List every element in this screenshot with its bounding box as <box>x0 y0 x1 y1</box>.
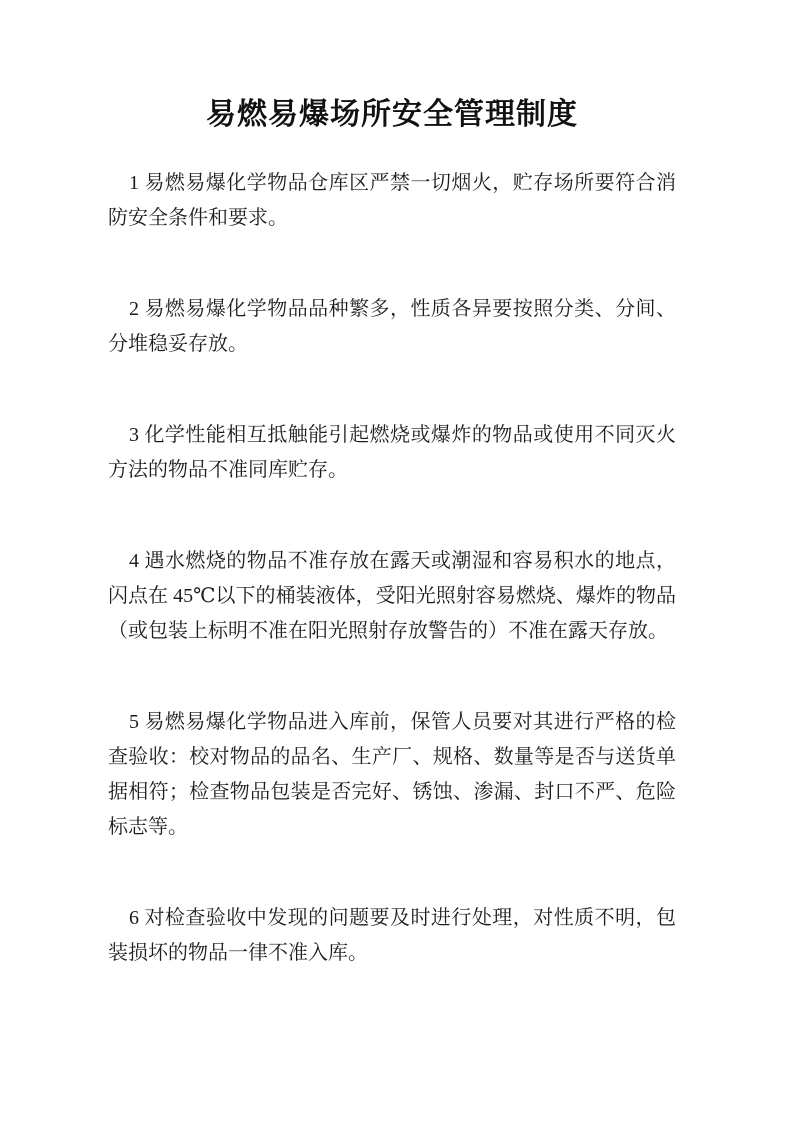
document-title: 易燃易爆场所安全管理制度 <box>108 97 676 133</box>
paragraph-4: 4 遇水燃烧的物品不准存放在露天或潮湿和容易积水的地点，闪点在 45℃以下的桶装… <box>108 544 676 649</box>
paragraph-6: 6 对检查验收中发现的问题要及时进行处理，对性质不明，包装损坏的物品一律不准入库… <box>108 901 676 971</box>
paragraph-5: 5 易燃易爆化学物品进入库前，保管人员要对其进行严格的检查验收：校对物品的品名、… <box>108 705 676 845</box>
paragraph-1: 1 易燃易爆化学物品仓库区严禁一切烟火，贮存场所要符合消防安全条件和要求。 <box>108 166 676 236</box>
paragraph-3: 3 化学性能相互抵触能引起燃烧或爆炸的物品或使用不同灭火方法的物品不准同库贮存。 <box>108 418 676 488</box>
paragraph-2: 2 易燃易爆化学物品品种繁多，性质各异要按照分类、分间、分堆稳妥存放。 <box>108 292 676 362</box>
document-page: 易燃易爆场所安全管理制度 1 易燃易爆化学物品仓库区严禁一切烟火，贮存场所要符合… <box>0 0 793 1122</box>
